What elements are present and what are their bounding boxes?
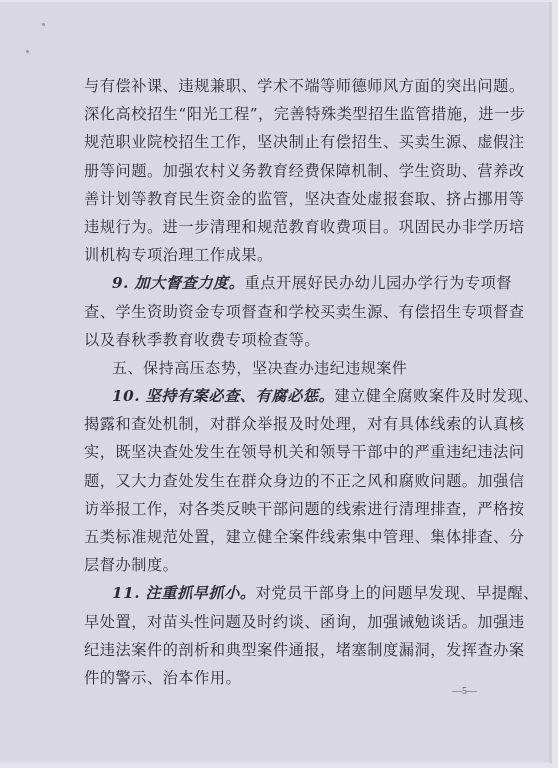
text-line: 揭露和查处机制，对群众举报及时处理，对有具体线索的认真核 — [84, 410, 504, 438]
text-line: 件的警示、治本作用。 — [84, 664, 504, 692]
text-line: 规范职业院校招生工作，坚决制止有偿招生、买卖生源、虚假注 — [84, 128, 504, 156]
item-10-text: 建立健全腐败案件及时发现、 — [334, 387, 539, 405]
text-line: 层督办制度。 — [84, 551, 504, 579]
text-line: 以及春秋季教育收费专项检查等。 — [84, 326, 504, 354]
item-10-number: 10. — [112, 387, 140, 405]
scan-speck — [42, 23, 45, 26]
text-line: 访举报工作，对各类反映干部问题的线索进行清理排查，严格按 — [84, 495, 504, 523]
item-9-title: 加大督查力度。 — [134, 274, 244, 292]
document-body: 与有偿补课、违规兼职、学术不端等师德师风方面的突出问题。 深化高校招生“阳光工程… — [84, 72, 504, 692]
text-line: 违规行为。进一步清理和规范教育收费项目。巩固民办非学历培 — [84, 213, 504, 241]
item-9-text: 重点开展好民办幼儿园办学行为专项督 — [245, 274, 513, 292]
section-5-heading: 五、保持高压态势，坚决查办违纪违规案件 — [84, 354, 504, 382]
item-9-first-line: 9. 加大督查力度。重点开展好民办幼儿园办学行为专项督 — [84, 269, 504, 297]
text-line: 善计划等教育民生资金的监管，坚决查处虚报套取、挤占挪用等 — [84, 185, 504, 213]
text-line: 查、学生资助资金专项督查和学校买卖生源、有偿招生专项督查 — [84, 298, 504, 326]
text-line: 纪违法案件的剖析和典型案件通报，堵塞制度漏洞，发挥查办案 — [84, 636, 504, 664]
text-line: 与有偿补课、违规兼职、学术不端等师德师风方面的突出问题。 — [84, 72, 504, 100]
text-line: 实，既坚决查处发生在领导机关和领导干部中的严重违纪违法问 — [84, 438, 504, 466]
item-11-first-line: 11. 注重抓早抓小。对党员干部身上的问题早发现、早提醒、 — [84, 579, 504, 607]
text-line: 深化高校招生“阳光工程”，完善特殊类型招生监管措施，进一步 — [84, 100, 504, 128]
item-11-text: 对党员干部身上的问题早发现、早提醒、 — [256, 584, 539, 602]
page-number: —5— — [452, 686, 477, 697]
text-line: 册等问题。加强农村义务教育经费保障机制、学生资助、营养改 — [84, 157, 504, 185]
item-10-title: 坚持有案必查、有腐必惩。 — [145, 387, 334, 405]
text-line: 题，又大力查处发生在群众身边的不正之风和腐败问题。加强信 — [84, 467, 504, 495]
text-line: 训机构专项治理工作成果。 — [84, 241, 504, 269]
document-page: 与有偿补课、违规兼职、学术不端等师德师风方面的突出问题。 深化高校招生“阳光工程… — [0, 2, 552, 764]
scan-speck — [26, 50, 29, 53]
text-line: 五类标准规范处置，建立健全案件线索集中管理、集体排查、分 — [84, 523, 504, 551]
text-line: 早处置，对苗头性问题及时约谈、函询，加强诫勉谈话。加强违 — [84, 608, 504, 636]
item-11-number: 11. — [112, 584, 140, 602]
item-9-number: 9. — [112, 274, 129, 292]
item-10-first-line: 10. 坚持有案必查、有腐必惩。建立健全腐败案件及时发现、 — [84, 382, 504, 410]
item-11-title: 注重抓早抓小。 — [145, 584, 255, 602]
